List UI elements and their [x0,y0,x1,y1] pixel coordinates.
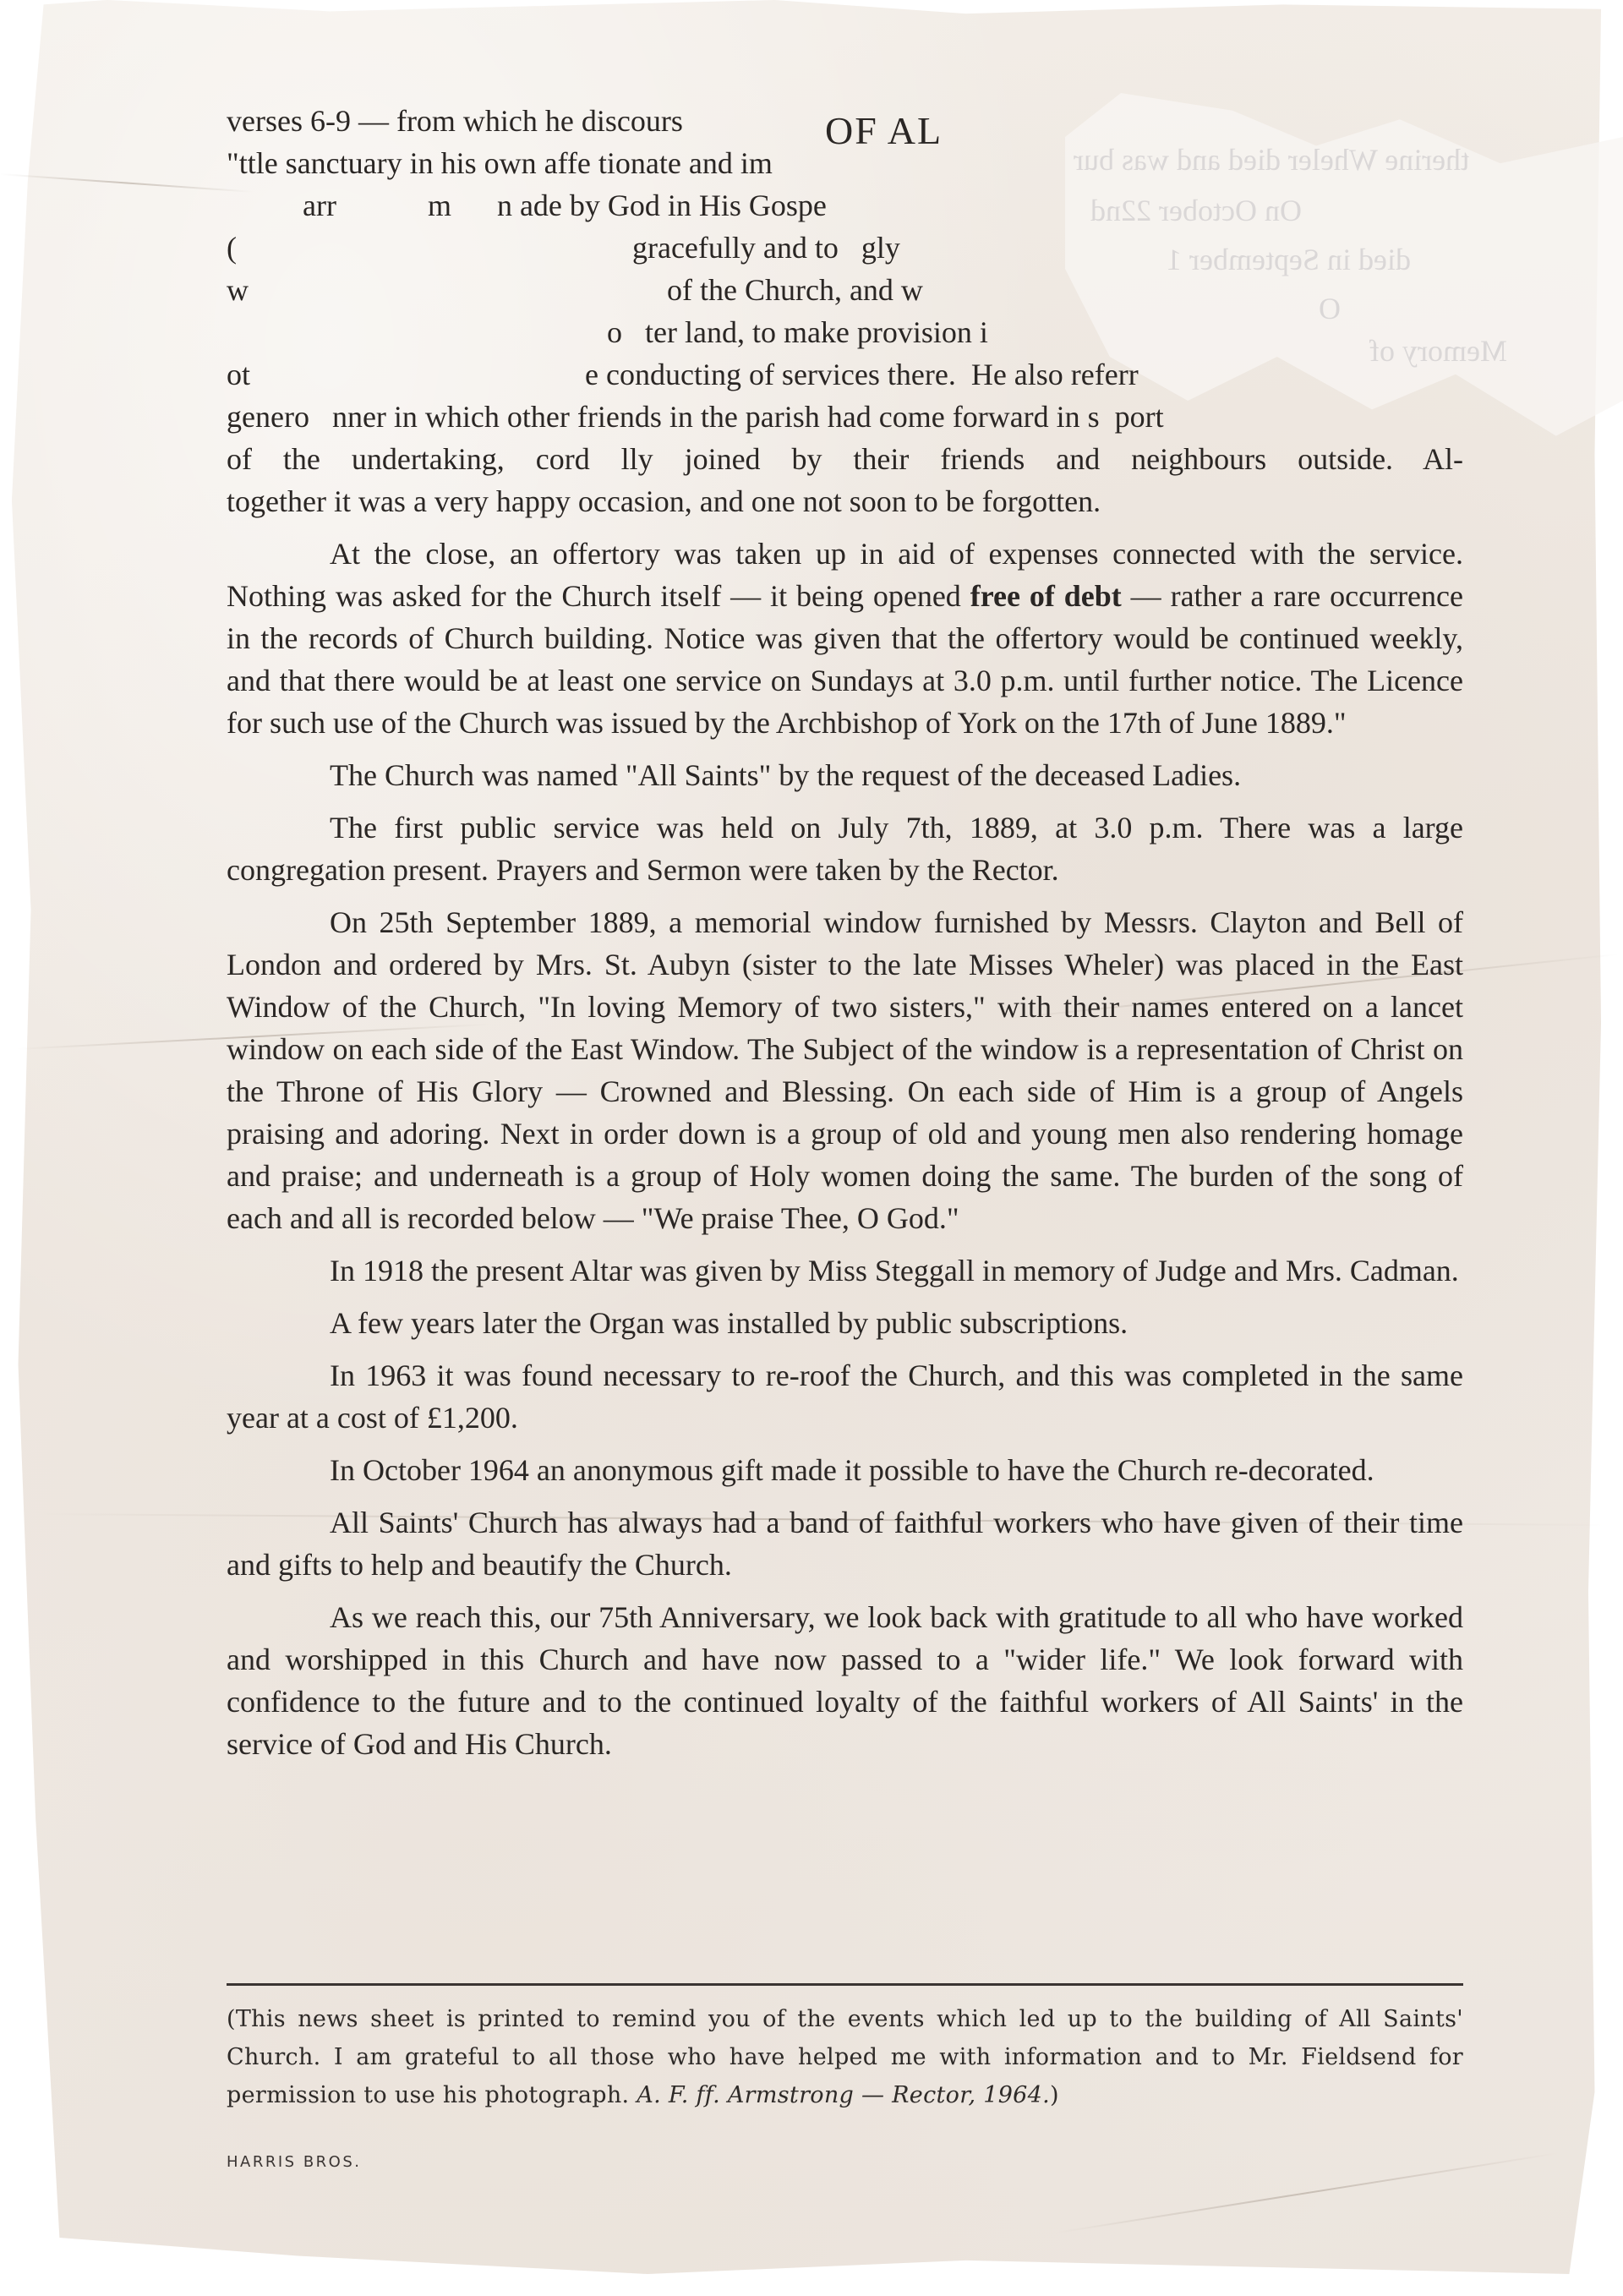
footnote-closing: ) [1050,2082,1059,2108]
paragraph-reroof: In 1963 it was found necessary to re-roo… [227,1354,1463,1439]
damaged-text-line: "ttle sanctuary in his own affe tionate … [227,142,1463,184]
damaged-text-line: o ter land, to make provision i [227,311,1463,353]
paragraph-memorial-window: On 25th September 1889, a memorial windo… [227,901,1463,1239]
rector-signature: A. F. ff. Armstrong — Rector, 1964. [637,2082,1050,2108]
damaged-text-line: arr m n ade by God in His Gospe [227,184,1463,227]
footnote: (This news sheet is printed to remind yo… [227,2000,1463,2114]
paragraph-anniversary: As we reach this, our 75th Anniversary, … [227,1596,1463,1765]
paragraph-church-named: The Church was named "All Saints" by the… [227,754,1463,796]
paragraph-opening-tail: genero nner in which other friends in th… [227,396,1463,522]
damaged-text-line: w of the Church, and w [227,269,1463,311]
paragraph-first-service: The first public service was held on Jul… [227,806,1463,891]
paragraph-offertory: At the close, an offertory was taken up … [227,533,1463,744]
printer-imprint: HARRIS BROS. [227,2153,362,2171]
paragraph-faithful-workers: All Saints' Church has always had a band… [227,1501,1463,1586]
paragraph-text: of the undertaking, cord lly joined by t… [227,438,1463,480]
damaged-text-line: ( gracefully and to gly [227,227,1463,269]
document-body: verses 6-9 — from which he discours "ttl… [227,100,1463,1775]
emphasis-free-of-debt: free of debt [970,579,1122,613]
damaged-text-line: ot e conducting of services there. He al… [227,353,1463,396]
paragraph-redecorated: In October 1964 an anonymous gift made i… [227,1449,1463,1491]
damaged-text-line: genero nner in which other friends in th… [227,396,1463,438]
paragraph-text: together it was a very happy occasion, a… [227,480,1463,522]
damaged-text-line: verses 6-9 — from which he discours [227,100,1463,142]
paragraph-organ: A few years later the Organ was installe… [227,1302,1463,1344]
paragraph-altar: In 1918 the present Altar was given by M… [227,1249,1463,1292]
footnote-divider [227,1983,1463,1986]
